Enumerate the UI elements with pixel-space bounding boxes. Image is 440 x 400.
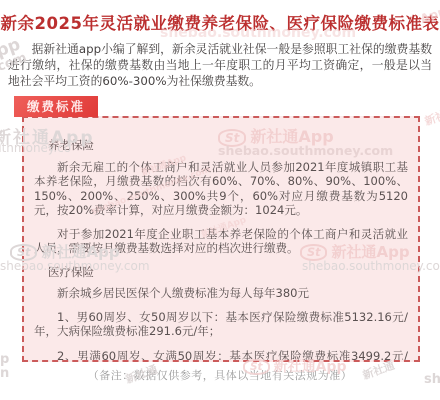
section-heading-medical: 医疗保险 bbox=[48, 265, 408, 280]
page-title: 新余2025年灵活就业缴费养老保险、医疗保险缴费标准表 bbox=[0, 10, 440, 34]
watermark-fragment: 新社通 bbox=[422, 103, 440, 129]
section-heading-pension: 养老保险 bbox=[48, 138, 408, 153]
panel-content: 养老保险 新余无雇工的个体工商户和灵活就业人员参加2021年度城镇职工基本养老保… bbox=[24, 118, 418, 362]
medical-item-1: 1、男60周岁、女50周岁以下：基本医疗保险缴费标准5132.16元/年，大病保… bbox=[34, 310, 408, 339]
medical-paragraph-intro: 新余城乡居民医保个人缴费标准为每人每年380元 bbox=[34, 286, 408, 301]
intro-paragraph: 据新社通app小编了解到，新余灵活就业社保一般是参照职工社保的缴费基数进行缴纳，… bbox=[8, 41, 432, 90]
fee-standard-panel: 养老保险 新余无雇工的个体工商户和灵活就业人员参加2021年度城镇职工基本养老保… bbox=[22, 116, 420, 362]
footer-note: （备注：数据仅供参考，具体以当地有关法规为准） bbox=[0, 367, 440, 383]
fee-standard-badge: 缴费标准 bbox=[14, 96, 98, 117]
watermark-fragment: p bbox=[0, 352, 9, 367]
pension-paragraph-1: 新余无雇工的个体工商户和灵活就业人员参加2021年度城镇职工基本养老保险，月缴费… bbox=[34, 160, 408, 218]
article-page: shebao.southmoney.com pp com App 新社通App … bbox=[0, 0, 440, 400]
medical-item-2: 2、男满60周岁、女满50周岁：基本医疗保险缴费标准3499.2元/年，大病保险… bbox=[34, 349, 408, 363]
pension-paragraph-2: 对于参加2021年度企业职工基本养老保险的个体工商户和灵活就业人员，需要按月缴费… bbox=[34, 227, 408, 256]
